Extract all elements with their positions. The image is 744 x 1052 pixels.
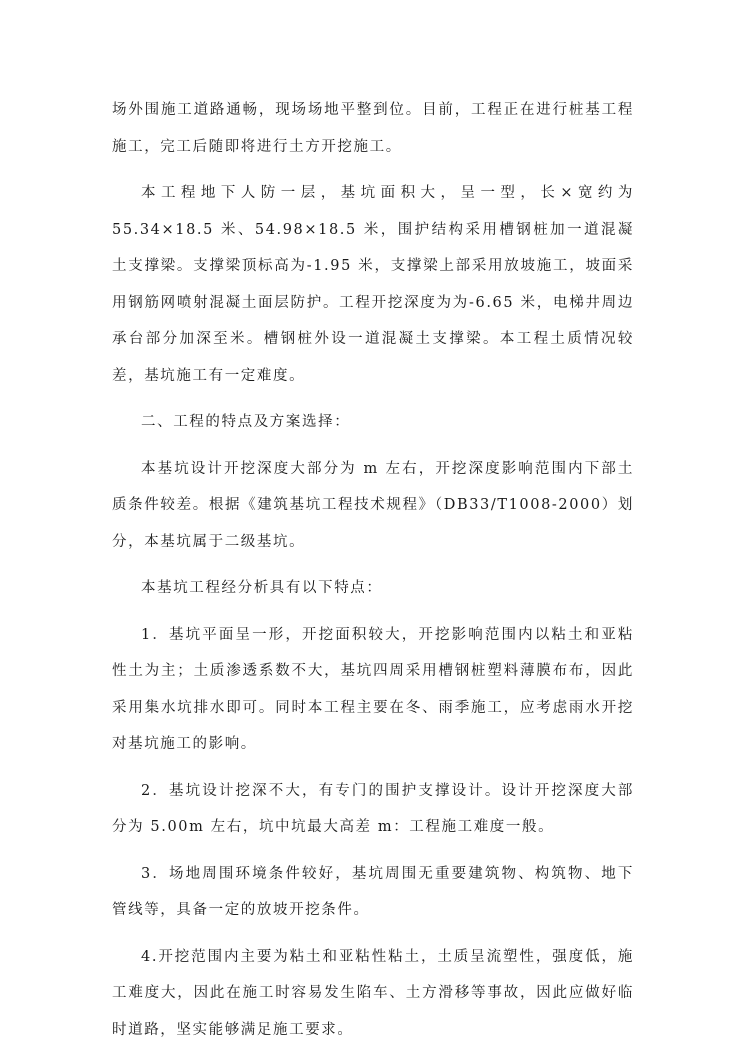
- paragraph-project-overview: 本工程地下人防一层，基坑面积大，呈一型，长×宽约为 55.34×18.5 米、5…: [112, 175, 634, 394]
- feature-item-1: 1．基坑平面呈一形，开挖面积较大，开挖影响范围内以粘土和亚粘性土为主；土质渗透系…: [112, 617, 634, 763]
- paragraph-pit-classification: 本基坑设计开挖深度大部分为 m 左右，开挖深度影响范围内下部土质条件较差。根据《…: [112, 451, 634, 561]
- feature-item-2: 2．基坑设计挖深不大，有专门的围护支撑设计。设计开挖深度大部分为 5.00m 左…: [112, 773, 634, 846]
- feature-item-4: 4.开挖范围内主要为粘土和亚粘性粘土，土质呈流塑性，强度低，施工难度大，因此在施…: [112, 939, 634, 1049]
- feature-item-3: 3．场地周围环境条件较好，基坑周围无重要建筑物、构筑物、地下管线等，具备一定的放…: [112, 856, 634, 929]
- paragraph-features-intro: 本基坑工程经分析具有以下特点：: [112, 570, 634, 607]
- section-heading-features: 二、工程的特点及方案选择：: [112, 404, 634, 441]
- paragraph-site-status: 场外围施工道路通畅，现场场地平整到位。目前，工程正在进行桩基工程施工，完工后随即…: [112, 92, 634, 165]
- document-page: 场外围施工道路通畅，现场场地平整到位。目前，工程正在进行桩基工程施工，完工后随即…: [112, 92, 634, 1052]
